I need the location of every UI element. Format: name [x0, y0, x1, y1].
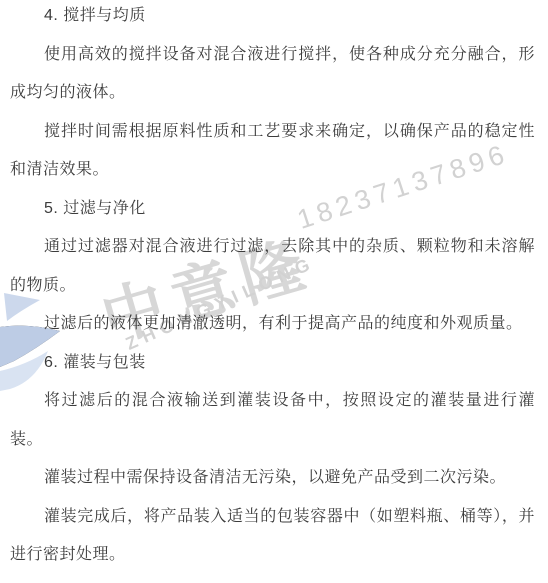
- paragraph: 灌装过程中需保持设备清洁无污染，以避免产品受到二次污染。: [10, 459, 535, 498]
- paragraph: 通过过滤器对混合液进行过滤，去除其中的杂质、颗粒物和未溶解的物质。: [10, 228, 535, 305]
- paragraph: 使用高效的搅拌设备对混合液进行搅拌，使各种成分充分融合，形成均匀的液体。: [10, 36, 535, 113]
- section-heading: 5. 过滤与净化: [10, 190, 535, 229]
- paragraph: 将过滤后的混合液输送到灌装设备中，按照设定的灌装量进行灌装。: [10, 382, 535, 459]
- section-heading: 4. 搅拌与均质: [10, 0, 535, 36]
- section-heading: 6. 灌装与包装: [10, 344, 535, 383]
- paragraph: 搅拌时间需根据原料性质和工艺要求来确定，以确保产品的稳定性和清洁效果。: [10, 113, 535, 190]
- document-body: 4. 搅拌与均质使用高效的搅拌设备对混合液进行搅拌，使各种成分充分融合，形成均匀…: [0, 0, 548, 575]
- paragraph: 过滤后的液体更加清澈透明，有利于提高产品的纯度和外观质量。: [10, 305, 535, 344]
- paragraph: 灌装完成后，将产品装入适当的包装容器中（如塑料瓶、桶等），并进行密封处理。: [10, 498, 535, 575]
